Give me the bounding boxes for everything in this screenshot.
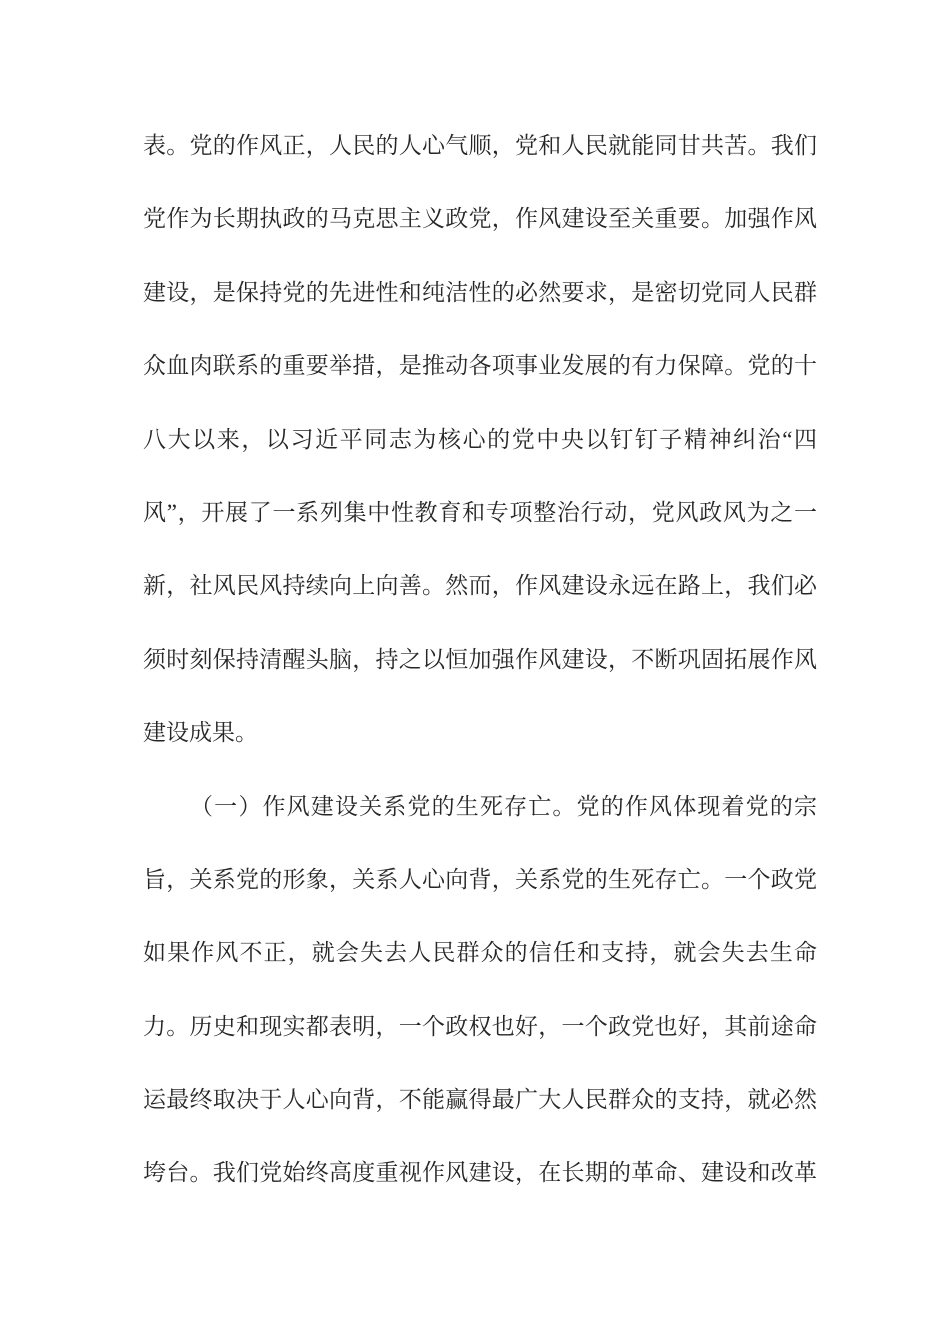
text-line: 建设成果。: [143, 696, 817, 769]
text-line: 风”，开展了一系列集中性教育和专项整治行动，党风政风为之一: [143, 476, 817, 549]
document-page: 表。党的作风正，人民的人心气顺，党和人民就能同甘共苦。我们 党作为长期执政的马克…: [0, 0, 950, 1344]
paragraph-1: 表。党的作风正，人民的人心气顺，党和人民就能同甘共苦。我们 党作为长期执政的马克…: [143, 109, 817, 770]
text-line: 垮台。我们党始终高度重视作风建设，在长期的革命、建设和改革: [143, 1136, 817, 1209]
text-line: 表。党的作风正，人民的人心气顺，党和人民就能同甘共苦。我们: [143, 109, 817, 182]
text-line: 党作为长期执政的马克思主义政党，作风建设至关重要。加强作风: [143, 182, 817, 255]
text-line: 众血肉联系的重要举措，是推动各项事业发展的有力保障。党的十: [143, 329, 817, 402]
text-line: 八大以来，以习近平同志为核心的党中央以钉钉子精神纠治“四: [143, 403, 817, 476]
text-line: （一）作风建设关系党的生死存亡。党的作风体现着党的宗: [143, 770, 817, 843]
text-line: 力。历史和现实都表明，一个政权也好，一个政党也好，其前途命: [143, 990, 817, 1063]
paragraph-2: （一）作风建设关系党的生死存亡。党的作风体现着党的宗 旨，关系党的形象，关系人心…: [143, 770, 817, 1210]
text-line: 旨，关系党的形象，关系人心向背，关系党的生死存亡。一个政党: [143, 843, 817, 916]
text-line: 如果作风不正，就会失去人民群众的信任和支持，就会失去生命: [143, 916, 817, 989]
text-line: 运最终取决于人心向背，不能赢得最广大人民群众的支持，就必然: [143, 1063, 817, 1136]
text-line: 建设，是保持党的先进性和纯洁性的必然要求，是密切党同人民群: [143, 256, 817, 329]
text-line: 须时刻保持清醒头脑，持之以恒加强作风建设，不断巩固拓展作风: [143, 623, 817, 696]
text-line: 新，社风民风持续向上向善。然而，作风建设永远在路上，我们必: [143, 549, 817, 622]
document-body: 表。党的作风正，人民的人心气顺，党和人民就能同甘共苦。我们 党作为长期执政的马克…: [143, 109, 817, 1210]
